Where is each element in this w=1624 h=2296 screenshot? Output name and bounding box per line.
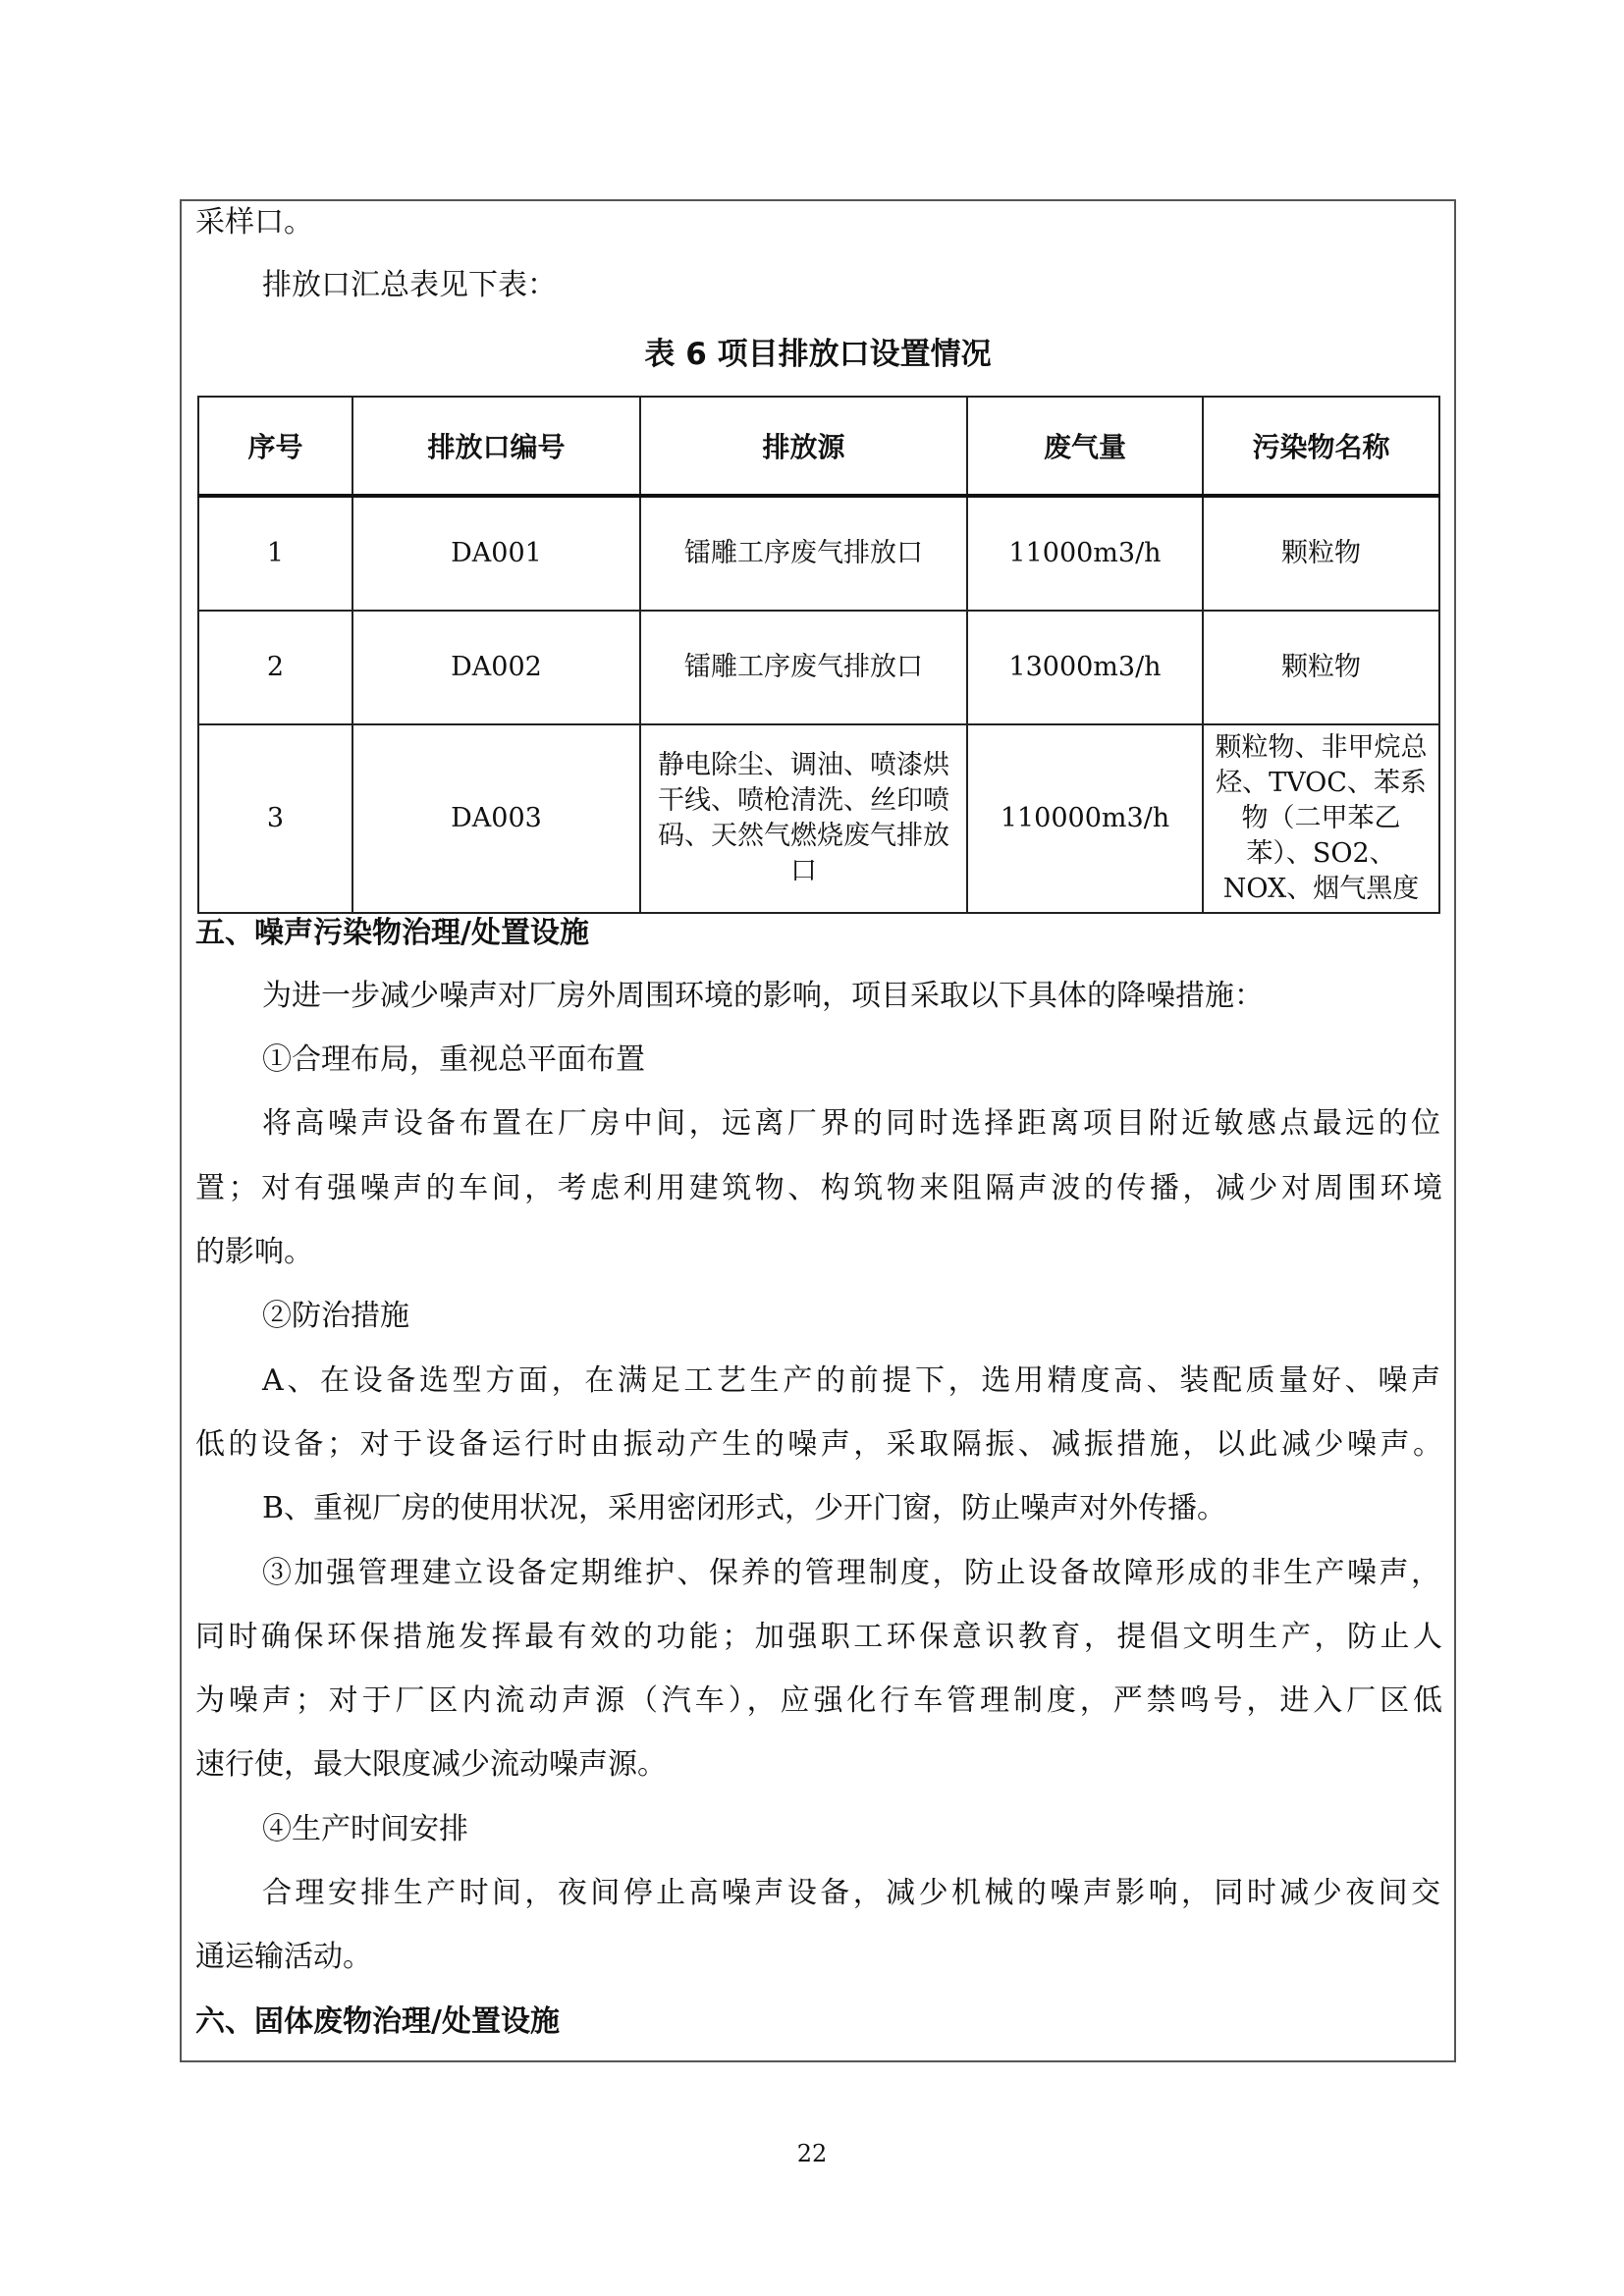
cell-volume: 110000m3/h bbox=[967, 724, 1203, 913]
cell-source: 镭雕工序废气排放口 bbox=[640, 496, 967, 611]
cell-no: 2 bbox=[198, 611, 352, 724]
cell-no: 1 bbox=[198, 496, 352, 611]
cell-pollutants: 颗粒物、非甲烷总烃、TVOC、苯系物（二甲苯乙苯）、SO2、NOX、烟气黑度 bbox=[1203, 724, 1439, 913]
table-row: 1 DA001 镭雕工序废气排放口 11000m3/h 颗粒物 bbox=[198, 496, 1439, 611]
section-6-heading: 六、固体废物治理/处置设施 bbox=[195, 2002, 560, 2042]
paragraph-line: 为进一步减少噪声对厂房外周围环境的影响，项目采取以下具体的降噪措施： bbox=[262, 977, 1264, 1016]
content-frame: 采样口。 排放口汇总表见下表： 表 6 项目排放口设置情况 序号 排放口编号 排… bbox=[180, 199, 1456, 2062]
cell-pollutants: 颗粒物 bbox=[1203, 611, 1439, 724]
header-no: 序号 bbox=[198, 397, 352, 496]
cell-code: DA003 bbox=[352, 724, 640, 913]
cell-source: 静电除尘、调油、喷漆烘干线、喷枪清洗、丝印喷码、天然气燃烧废气排放口 bbox=[640, 724, 967, 913]
header-pollutants: 污染物名称 bbox=[1203, 397, 1439, 496]
cell-source: 镭雕工序废气排放口 bbox=[640, 611, 967, 724]
cell-code: DA002 bbox=[352, 611, 640, 724]
paragraph-line: 合理安排生产时间，夜间停止高噪声设备，减少机械的噪声影响，同时减少夜间交 bbox=[262, 1874, 1440, 1913]
section-5-heading: 五、噪声污染物治理/处置设施 bbox=[195, 914, 589, 953]
cell-code: DA001 bbox=[352, 496, 640, 611]
header-source: 排放源 bbox=[640, 397, 967, 496]
continuation-text: 采样口。 bbox=[195, 203, 313, 242]
cell-no: 3 bbox=[198, 724, 352, 913]
subheading-3: ③加强管理建立设备定期维护、保养的管理制度，防止设备故障形成的非生产噪声， bbox=[262, 1554, 1440, 1593]
cell-volume: 11000m3/h bbox=[967, 496, 1203, 611]
header-volume: 废气量 bbox=[967, 397, 1203, 496]
table-row: 3 DA003 静电除尘、调油、喷漆烘干线、喷枪清洗、丝印喷码、天然气燃烧废气排… bbox=[198, 724, 1439, 913]
paragraph-line: 的影响。 bbox=[195, 1233, 313, 1272]
subheading-4: ④生产时间安排 bbox=[262, 1810, 468, 1849]
cell-pollutants: 颗粒物 bbox=[1203, 496, 1439, 611]
emission-outlet-table: 序号 排放口编号 排放源 废气量 污染物名称 1 DA001 镭雕工序废气排放口… bbox=[197, 396, 1440, 914]
paragraph-line: B、重视厂房的使用状况，采用密闭形式，少开门窗，防止噪声对外传播。 bbox=[262, 1489, 1226, 1528]
header-code: 排放口编号 bbox=[352, 397, 640, 496]
subheading-1: ①合理布局，重视总平面布置 bbox=[262, 1041, 645, 1080]
paragraph-line: 将高噪声设备布置在厂房中间，远离厂界的同时选择距离项目附近敏感点最远的位 bbox=[262, 1104, 1440, 1144]
cell-volume: 13000m3/h bbox=[967, 611, 1203, 724]
paragraph-line: 为噪声；对于厂区内流动声源（汽车），应强化行车管理制度，严禁鸣号，进入厂区低 bbox=[195, 1682, 1442, 1721]
table-header-row: 序号 排放口编号 排放源 废气量 污染物名称 bbox=[198, 397, 1439, 496]
paragraph-line: 低的设备；对于设备运行时由振动产生的噪声，采取隔振、减振措施，以此减少噪声。 bbox=[195, 1425, 1442, 1465]
subheading-2: ②防治措施 bbox=[262, 1297, 409, 1336]
paragraph-line: A、在设备选型方面，在满足工艺生产的前提下，选用精度高、装配质量好、噪声 bbox=[262, 1362, 1440, 1401]
page-number: 22 bbox=[0, 2140, 1624, 2167]
table-row: 2 DA002 镭雕工序废气排放口 13000m3/h 颗粒物 bbox=[198, 611, 1439, 724]
paragraph-line: 通运输活动。 bbox=[195, 1938, 372, 1977]
summary-line: 排放口汇总表见下表： bbox=[262, 266, 557, 305]
paragraph-line: 速行使，最大限度减少流动噪声源。 bbox=[195, 1745, 667, 1785]
paragraph-line: 同时确保环保措施发挥最有效的功能；加强职工环保意识教育，提倡文明生产，防止人 bbox=[195, 1618, 1442, 1657]
table-caption: 表 6 项目排放口设置情况 bbox=[182, 329, 1454, 373]
paragraph-line: 置；对有强噪声的车间，考虑利用建筑物、构筑物来阻隔声波的传播，减少对周围环境 bbox=[195, 1169, 1442, 1208]
